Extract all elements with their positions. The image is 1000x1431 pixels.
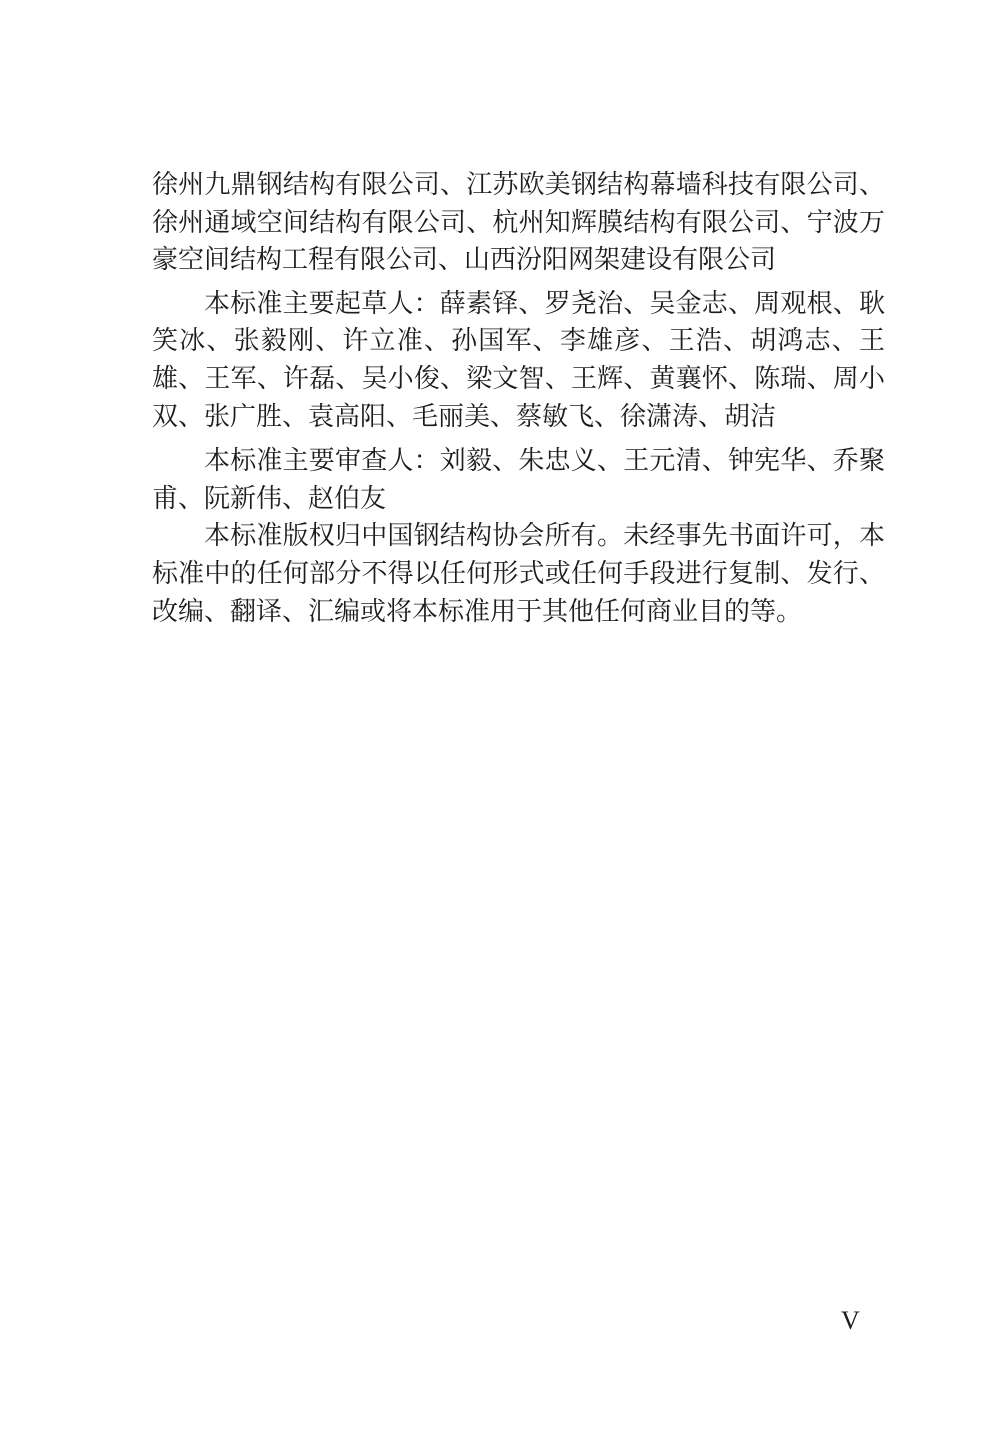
text-line: 笑冰、张毅刚、许立准、孙国军、李雄彦、王浩、胡鸿志、王 — [152, 322, 885, 360]
paragraph: 本标准主要审查人：刘毅、朱忠义、王元清、钟宪华、乔聚甫、阮新伟、赵伯友 — [152, 442, 885, 517]
paragraph: 徐州九鼎钢结构有限公司、江苏欧美钢结构幕墙科技有限公司、徐州通域空间结构有限公司… — [152, 166, 885, 279]
paragraph: 本标准主要起草人：薛素铎、罗尧治、吴金志、周观根、耿笑冰、张毅刚、许立准、孙国军… — [152, 285, 885, 435]
paragraph: 本标准版权归中国钢结构协会所有。未经事先书面许可，本标准中的任何部分不得以任何形… — [152, 517, 885, 630]
text-line: 豪空间结构工程有限公司、山西汾阳网架建设有限公司 — [152, 241, 885, 279]
text-line: 本标准主要审查人：刘毅、朱忠义、王元清、钟宪华、乔聚 — [152, 442, 885, 480]
text-line: 徐州通域空间结构有限公司、杭州知辉膜结构有限公司、宁波万 — [152, 204, 885, 242]
page-number: V — [841, 1306, 860, 1336]
text-line: 甫、阮新伟、赵伯友 — [152, 480, 885, 518]
text-line: 双、张广胜、袁高阳、毛丽美、蔡敏飞、徐潇涛、胡洁 — [152, 398, 885, 436]
text-line: 本标准版权归中国钢结构协会所有。未经事先书面许可，本 — [152, 517, 885, 555]
text-line: 标准中的任何部分不得以任何形式或任何手段进行复制、发行、 — [152, 555, 885, 593]
text-line: 徐州九鼎钢结构有限公司、江苏欧美钢结构幕墙科技有限公司、 — [152, 166, 885, 204]
text-line: 改编、翻译、汇编或将本标准用于其他任何商业目的等。 — [152, 593, 885, 631]
text-line: 本标准主要起草人：薛素铎、罗尧治、吴金志、周观根、耿 — [152, 285, 885, 323]
text-line: 雄、王军、许磊、吴小俊、梁文智、王辉、黄襄怀、陈瑞、周小 — [152, 360, 885, 398]
document-page: 徐州九鼎钢结构有限公司、江苏欧美钢结构幕墙科技有限公司、徐州通域空间结构有限公司… — [0, 0, 1000, 1431]
document-body: 徐州九鼎钢结构有限公司、江苏欧美钢结构幕墙科技有限公司、徐州通域空间结构有限公司… — [152, 166, 885, 630]
